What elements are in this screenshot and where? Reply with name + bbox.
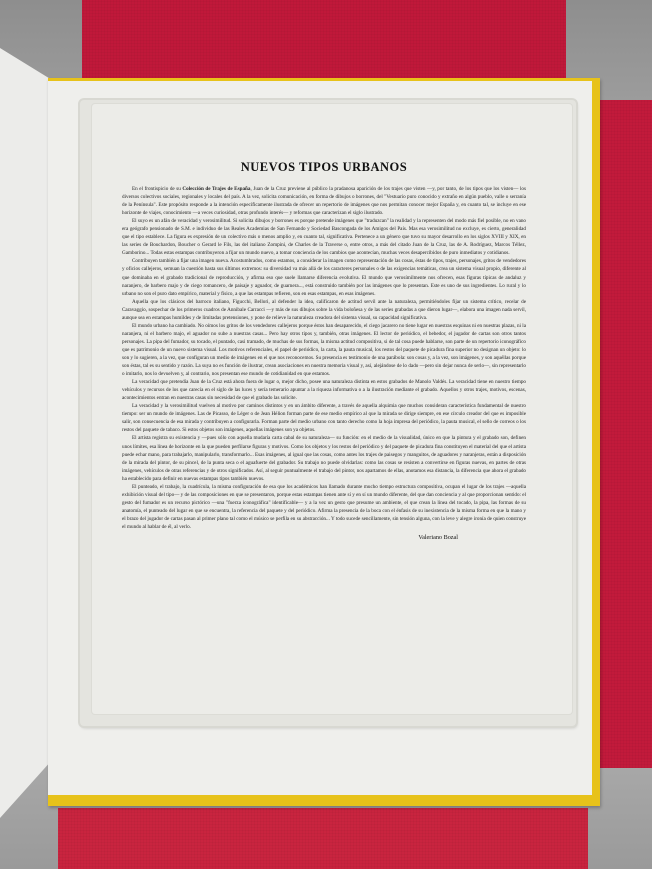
document-paragraph: El punteado, el trabajo, la cuadrícula, …	[122, 483, 526, 531]
document-paragraph: Contribuyen también a fijar una imagen n…	[122, 257, 526, 297]
collection-title-emphasis: Colección de Trajes de España	[182, 186, 250, 192]
document-body: NUEVOS TIPOS URBANOS En el frontispicio …	[122, 160, 526, 541]
document-paragraph: En el frontispicio de su Colección de Tr…	[122, 185, 526, 217]
document-title: NUEVOS TIPOS URBANOS	[122, 160, 526, 175]
document-paragraph: La veracidad y la verosimilitud vuelven …	[122, 402, 526, 434]
folder-flap-bottom	[58, 808, 588, 869]
folder-flap-top	[82, 0, 566, 82]
document-paragraph: Aquella que los clásicos del barroco ita…	[122, 298, 526, 322]
document-paragraph: El mundo urbano ha cambiado. No oímos lo…	[122, 322, 526, 378]
folder-left-panel	[0, 48, 52, 818]
document-paragraph: El suyo es un afán de veracidad y verosi…	[122, 217, 526, 257]
document-paragraph: La veracidad que pretendía Juan de la Cr…	[122, 378, 526, 402]
document-paragraph: El artista registra su existencia y —pue…	[122, 434, 526, 482]
document-author: Valeriano Bozal	[122, 534, 526, 541]
document-paragraphs: En el frontispicio de su Colección de Tr…	[122, 185, 526, 531]
